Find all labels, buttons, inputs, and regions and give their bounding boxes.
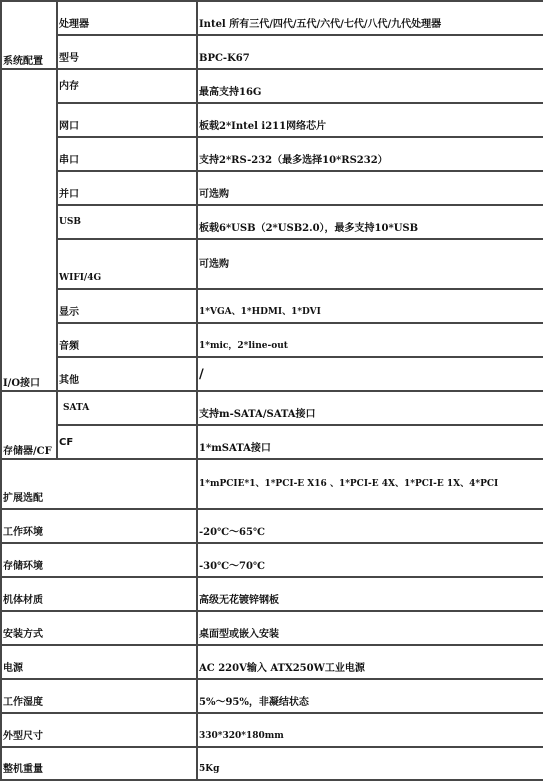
spec-label: 其他: [57, 357, 197, 391]
table-row: 工作环境 -20℃～65℃: [1, 509, 543, 543]
spec-value: 支持m-SATA/SATA接口: [197, 391, 543, 425]
spec-label: 工作环境: [1, 509, 197, 543]
table-row: USB 板载6*USB（2*USB2.0），最多支持10*USB: [1, 205, 543, 239]
table-row: 整机重量 5Kg: [1, 747, 543, 780]
spec-label: WIFI/4G: [57, 239, 197, 289]
spec-value: 可选购: [197, 171, 543, 205]
spec-label: 显示: [57, 289, 197, 323]
table-row: 系统配置 处理器 Intel 所有三代/四代/五代/六代/七代/八代/九代处理器: [1, 1, 543, 35]
spec-label: 内存: [57, 69, 197, 103]
spec-label: 电源: [1, 645, 197, 679]
spec-value: /: [197, 357, 543, 391]
spec-value: 5Kg: [197, 747, 543, 780]
spec-label: 工作湿度: [1, 679, 197, 713]
category-io: I/O接口: [1, 69, 57, 391]
table-row: 显示 1*VGA、1*HDMI、1*DVI: [1, 289, 543, 323]
spec-label: 并口: [57, 171, 197, 205]
table-row: 机体材质 高级无花镀锌钢板: [1, 577, 543, 611]
spec-value: 1*mSATA接口: [197, 425, 543, 459]
table-row: 音频 1*mic，2*line-out: [1, 323, 543, 357]
spec-label: CF: [57, 425, 197, 459]
spec-label: 串口: [57, 137, 197, 171]
spec-label: 机体材质: [1, 577, 197, 611]
spec-value: 板载6*USB（2*USB2.0），最多支持10*USB: [197, 205, 543, 239]
table-row: WIFI/4G 可选购: [1, 239, 543, 289]
spec-label: 外型尺寸: [1, 713, 197, 747]
spec-value: 最高支持16G: [197, 69, 543, 103]
spec-label: 扩展选配: [1, 459, 197, 509]
spec-label: 处理器: [57, 1, 197, 35]
spec-value: 1*VGA、1*HDMI、1*DVI: [197, 289, 543, 323]
table-row: I/O接口 内存 最高支持16G: [1, 69, 543, 103]
category-storage: 存储器/CF: [1, 391, 57, 459]
spec-label: 型号: [57, 35, 197, 69]
spec-value: 可选购: [197, 239, 543, 289]
spec-value: -30℃～70℃: [197, 543, 543, 577]
spec-table: 系统配置 处理器 Intel 所有三代/四代/五代/六代/七代/八代/九代处理器…: [0, 0, 543, 781]
table-row: 外型尺寸 330*320*180mm: [1, 713, 543, 747]
spec-label: 网口: [57, 103, 197, 137]
spec-label: SATA: [57, 391, 197, 425]
table-row: 串口 支持2*RS-232（最多选择10*RS232）: [1, 137, 543, 171]
category-system: 系统配置: [1, 1, 57, 69]
spec-value: AC 220V输入 ATX250W工业电源: [197, 645, 543, 679]
table-row: 存储器/CF SATA 支持m-SATA/SATA接口: [1, 391, 543, 425]
spec-label: 安装方式: [1, 611, 197, 645]
table-row: 工作湿度 5%～95%，非凝结状态: [1, 679, 543, 713]
spec-value: 桌面型或嵌入安装: [197, 611, 543, 645]
table-row: 扩展选配 1*mPCIE*1、1*PCI-E X16 、1*PCI-E 4X、1…: [1, 459, 543, 509]
table-row: 型号 BPC-K67: [1, 35, 543, 69]
spec-value: 支持2*RS-232（最多选择10*RS232）: [197, 137, 543, 171]
table-row: CF 1*mSATA接口: [1, 425, 543, 459]
table-row: 电源 AC 220V输入 ATX250W工业电源: [1, 645, 543, 679]
spec-label: 存储环境: [1, 543, 197, 577]
table-row: 存储环境 -30℃～70℃: [1, 543, 543, 577]
spec-value: 高级无花镀锌钢板: [197, 577, 543, 611]
spec-label: USB: [57, 205, 197, 239]
spec-label: 音频: [57, 323, 197, 357]
spec-value: 1*mPCIE*1、1*PCI-E X16 、1*PCI-E 4X、1*PCI-…: [197, 459, 543, 509]
spec-value: 1*mic，2*line-out: [197, 323, 543, 357]
table-row: 网口 板载2*Intel i211网络芯片: [1, 103, 543, 137]
spec-value: -20℃～65℃: [197, 509, 543, 543]
spec-value: BPC-K67: [197, 35, 543, 69]
spec-label: 整机重量: [1, 747, 197, 780]
table-row: 安装方式 桌面型或嵌入安装: [1, 611, 543, 645]
table-row: 其他 /: [1, 357, 543, 391]
spec-value: Intel 所有三代/四代/五代/六代/七代/八代/九代处理器: [197, 1, 543, 35]
spec-value: 板载2*Intel i211网络芯片: [197, 103, 543, 137]
table-row: 并口 可选购: [1, 171, 543, 205]
spec-value: 330*320*180mm: [197, 713, 543, 747]
spec-value: 5%～95%，非凝结状态: [197, 679, 543, 713]
